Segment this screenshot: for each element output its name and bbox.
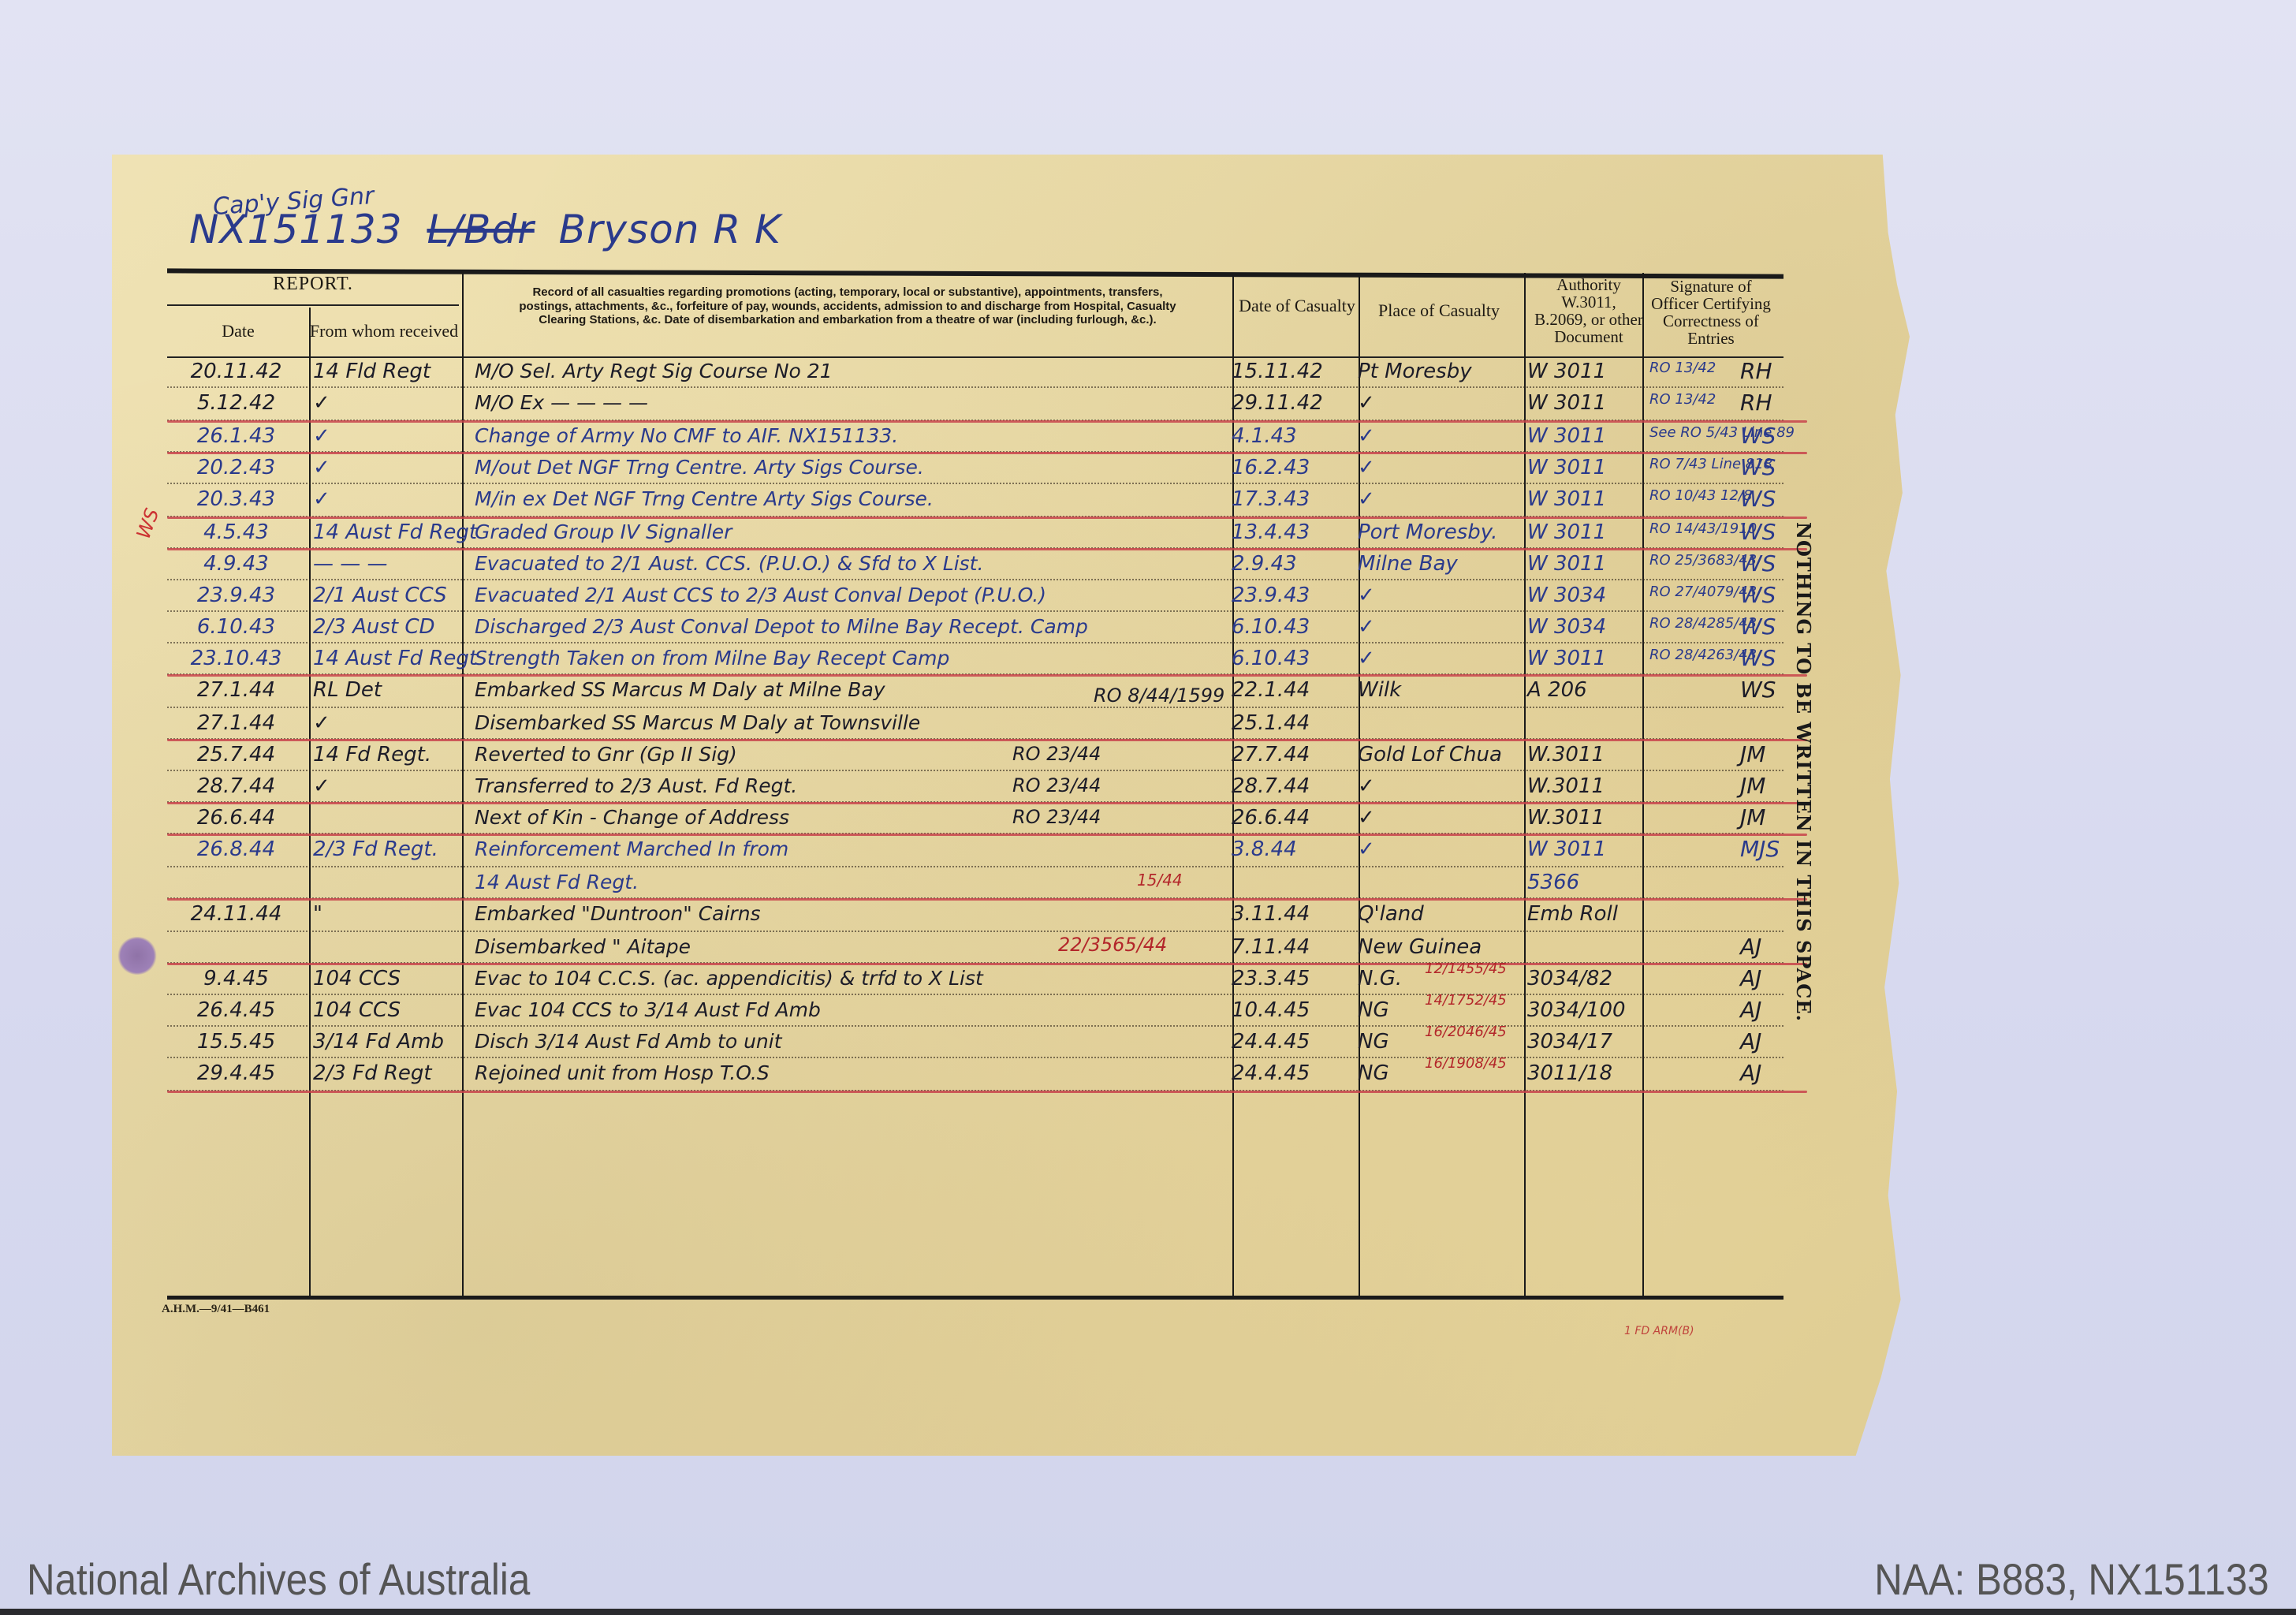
entry-authority: W 3011 xyxy=(1527,423,1669,449)
header-record: Record of all casualties regarding promo… xyxy=(512,285,1183,327)
entry-date-of-casualty: 29.11.42 xyxy=(1232,390,1366,416)
entry-place: ✓ xyxy=(1358,582,1500,609)
entry-initials: MJS xyxy=(1740,836,1787,863)
entry-record: 14 Aust Fd Regt. xyxy=(475,869,1381,896)
entry-date: 6.10.43 xyxy=(167,614,305,640)
form-code: A.H.M.—9/41—B461 xyxy=(162,1303,270,1316)
table-row: 4.9.43— — —Evacuated to 2/1 Aust. CCS. (… xyxy=(167,549,1783,580)
entry-date-of-casualty: 15.11.42 xyxy=(1232,358,1366,385)
entry-place: ✓ xyxy=(1358,773,1500,800)
entry-date-of-casualty: 2.9.43 xyxy=(1232,550,1366,577)
entry-authority: W 3011 xyxy=(1527,454,1669,481)
entry-date: 27.1.44 xyxy=(167,677,305,703)
entry-place: New Guinea xyxy=(1358,934,1500,960)
entry-authority: W.3011 xyxy=(1527,804,1669,831)
table-row: 23.10.4314 Aust Fd RegtStrength Taken on… xyxy=(167,643,1783,675)
entry-from-whom: 14 Aust Fd Regt xyxy=(313,519,463,546)
entry-date: 5.12.42 xyxy=(167,390,305,416)
entry-date: 4.9.43 xyxy=(167,550,305,577)
entry-from-whom: ✓ xyxy=(313,423,463,449)
entry-date-of-casualty: 10.4.45 xyxy=(1232,997,1366,1024)
entry-from-whom: 14 Fd Regt. xyxy=(313,741,463,768)
entry-authority: Emb Roll xyxy=(1527,901,1669,927)
entry-authority: W 3011 xyxy=(1527,645,1669,672)
entry-initials: JM xyxy=(1740,773,1787,800)
entry-authority: A 206 xyxy=(1527,677,1669,703)
table-row: 20.2.43✓M/out Det NGF Trng Centre. Arty … xyxy=(167,453,1783,484)
entry-reference: 16/1908/45 xyxy=(1425,1055,1507,1072)
entry-date: 23.10.43 xyxy=(167,645,305,672)
entry-date: 28.7.44 xyxy=(167,773,305,800)
entry-authority: W 3011 xyxy=(1527,390,1669,416)
entry-reference: RO 23/44 xyxy=(1012,806,1101,828)
entry-reference: 12/1455/45 xyxy=(1425,960,1507,977)
entry-from-whom: ✓ xyxy=(313,710,463,737)
entry-from-whom: ✓ xyxy=(313,773,463,800)
header-signature: Signature of Officer Certifying Correctn… xyxy=(1648,278,1774,347)
table-row: 29.4.452/3 Fd RegtRejoined unit from Hos… xyxy=(167,1058,1783,1091)
entry-place: Wilk xyxy=(1358,677,1500,703)
entry-reference: 14/1752/45 xyxy=(1425,992,1507,1009)
table-row: 27.1.44RL DetEmbarked SS Marcus M Daly a… xyxy=(167,675,1783,708)
entry-date: 26.4.45 xyxy=(167,997,305,1024)
entry-date-of-casualty: 16.2.43 xyxy=(1232,454,1366,481)
header-report: REPORT. xyxy=(167,267,459,294)
entry-initials: AJ xyxy=(1740,1060,1787,1087)
entry-date-of-casualty: 6.10.43 xyxy=(1232,645,1366,672)
entry-from-whom: 2/3 Fd Regt xyxy=(313,1060,463,1087)
table-row: 9.4.45104 CCSEvac to 104 C.C.S. (ac. app… xyxy=(167,964,1783,995)
entry-date-of-casualty: 23.3.45 xyxy=(1232,965,1366,992)
entry-initials: AJ xyxy=(1740,997,1787,1024)
entry-authority: W 3011 xyxy=(1527,836,1669,863)
entry-initials: JM xyxy=(1740,804,1787,831)
table-row: 5.12.42✓M/O Ex — — — —29.11.42✓W 3011RHR… xyxy=(167,388,1783,421)
entry-date: 25.7.44 xyxy=(167,741,305,768)
scanner-edge xyxy=(0,1609,2296,1615)
entries-table: 20.11.4214 Fld RegtM/O Sel. Arty Regt Si… xyxy=(167,356,1783,1091)
header-authority: Authority W.3011, B.2069, or other Docum… xyxy=(1534,276,1644,345)
entry-place: ✓ xyxy=(1358,390,1500,416)
entry-from-whom: 3/14 Fd Amb xyxy=(313,1028,463,1055)
stray-red-annotation: 1 FD ARM(B) xyxy=(1624,1325,1694,1337)
entry-from-whom: — — — xyxy=(313,550,463,577)
entry-authority: W 3011 xyxy=(1527,550,1669,577)
table-row: Disembarked " Aitape7.11.44New GuineaAJ2… xyxy=(167,932,1783,964)
entry-place: ✓ xyxy=(1358,486,1500,513)
entry-place: ✓ xyxy=(1358,423,1500,449)
entry-from-whom: ✓ xyxy=(313,454,463,481)
table-row: 15.5.453/14 Fd AmbDisch 3/14 Aust Fd Amb… xyxy=(167,1027,1783,1058)
header-place-of-casualty: Place of Casualty xyxy=(1360,301,1518,319)
entry-reference: RO 25/3683/43 xyxy=(1649,552,1757,569)
entry-authority: 3034/82 xyxy=(1527,965,1669,992)
entry-date-of-casualty: 23.9.43 xyxy=(1232,582,1366,609)
entry-from-whom: RL Det xyxy=(313,677,463,703)
entry-reference: 22/3565/44 xyxy=(1058,934,1167,956)
entry-from-whom: 2/3 Fd Regt. xyxy=(313,836,463,863)
table-row: 26.6.44Next of Kin - Change of Address26… xyxy=(167,803,1783,834)
entry-from-whom: " xyxy=(313,901,463,927)
table-row: 20.11.4214 Fld RegtM/O Sel. Arty Regt Si… xyxy=(167,356,1783,388)
entry-date-of-casualty: 6.10.43 xyxy=(1232,614,1366,640)
entry-initials: WS xyxy=(1740,677,1787,703)
entry-authority: W.3011 xyxy=(1527,741,1669,768)
entry-date-of-casualty: 17.3.43 xyxy=(1232,486,1366,513)
entry-date: 27.1.44 xyxy=(167,710,305,737)
entry-reference: See RO 5/43 Line 89 xyxy=(1649,424,1795,441)
entry-reference: RO 23/44 xyxy=(1012,743,1101,765)
entry-place: ✓ xyxy=(1358,454,1500,481)
entry-date-of-casualty: 24.4.45 xyxy=(1232,1060,1366,1087)
entry-place: Milne Bay xyxy=(1358,550,1500,577)
table-row: 20.3.43✓M/in ex Det NGF Trng Centre Arty… xyxy=(167,484,1783,517)
entry-place: ✓ xyxy=(1358,614,1500,640)
entry-place: ✓ xyxy=(1358,836,1500,863)
entry-date-of-casualty: 28.7.44 xyxy=(1232,773,1366,800)
entry-date-of-casualty: 22.1.44 xyxy=(1232,677,1366,703)
entry-date: 20.2.43 xyxy=(167,454,305,481)
table-row: 26.4.45104 CCSEvac 104 CCS to 3/14 Aust … xyxy=(167,995,1783,1027)
table-row: 24.11.44"Embarked "Duntroon" Cairns3.11.… xyxy=(167,899,1783,932)
entry-authority: W 3034 xyxy=(1527,582,1669,609)
entry-date-of-casualty: 13.4.43 xyxy=(1232,519,1366,546)
entry-reference: RO 13/42 xyxy=(1649,360,1716,376)
entry-initials: AJ xyxy=(1740,1028,1787,1055)
entry-reference: RO 23/44 xyxy=(1012,774,1101,796)
soldier-name: Bryson R K xyxy=(559,207,781,252)
entry-authority: 5366 xyxy=(1527,869,1669,896)
table-row: 25.7.4414 Fd Regt.Reverted to Gnr (Gp II… xyxy=(167,740,1783,771)
entry-place: Port Moresby. xyxy=(1358,519,1500,546)
table-row: 4.5.4314 Aust Fd RegtGraded Group IV Sig… xyxy=(167,517,1783,549)
table-row: 26.1.43✓Change of Army No CMF to AIF. NX… xyxy=(167,421,1783,453)
entry-from-whom: ✓ xyxy=(313,390,463,416)
entry-date: 26.8.44 xyxy=(167,836,305,863)
entry-reference: RO 27/4079/43 xyxy=(1649,584,1757,600)
entry-date: 23.9.43 xyxy=(167,582,305,609)
entry-date-of-casualty: 4.1.43 xyxy=(1232,423,1366,449)
table-row: 26.8.442/3 Fd Regt.Reinforcement Marched… xyxy=(167,834,1783,867)
entry-place: Q'land xyxy=(1358,901,1500,927)
entry-from-whom: 2/3 Aust CD xyxy=(313,614,463,640)
entry-authority: 3034/100 xyxy=(1527,997,1669,1024)
service-number: NX151133 xyxy=(189,207,403,252)
struck-rank: L/Bdr xyxy=(427,207,534,252)
entry-date: 26.1.43 xyxy=(167,423,305,449)
entry-date-of-casualty: 26.6.44 xyxy=(1232,804,1366,831)
entry-date: 29.4.45 xyxy=(167,1060,305,1087)
entry-from-whom: ✓ xyxy=(313,486,463,513)
entry-authority: W 3034 xyxy=(1527,614,1669,640)
entry-from-whom: 2/1 Aust CCS xyxy=(313,582,463,609)
table-row: 14 Aust Fd Regt.536615/44 xyxy=(167,867,1783,899)
entry-place: ✓ xyxy=(1358,804,1500,831)
table-row: 23.9.432/1 Aust CCSEvacuated 2/1 Aust CC… xyxy=(167,580,1783,612)
header-date: Date xyxy=(167,308,309,355)
entry-date: 24.11.44 xyxy=(167,901,305,927)
entry-reference: 16/2046/45 xyxy=(1425,1024,1507,1040)
entry-date: 9.4.45 xyxy=(167,965,305,992)
entry-from-whom: 14 Fld Regt xyxy=(313,358,463,385)
entry-from-whom: 104 CCS xyxy=(313,997,463,1024)
entry-initials: AJ xyxy=(1740,934,1787,960)
entry-from-whom: 104 CCS xyxy=(313,965,463,992)
header-date-of-casualty: Date of Casualty xyxy=(1218,297,1376,315)
entry-date-of-casualty: 7.11.44 xyxy=(1232,934,1366,960)
entry-authority: W 3011 xyxy=(1527,358,1669,385)
entry-authority: 3011/18 xyxy=(1527,1060,1669,1087)
report-divider xyxy=(167,304,459,306)
entry-date: 20.3.43 xyxy=(167,486,305,513)
entry-initials: RH xyxy=(1740,358,1787,385)
entry-date-of-casualty: 27.7.44 xyxy=(1232,741,1366,768)
header-from-whom: From whom received xyxy=(309,308,459,355)
entry-reference: RO 28/4263/43 xyxy=(1649,647,1757,663)
archive-reference: NAA: B883, NX151133 xyxy=(1875,1553,2269,1605)
entry-date-of-casualty: 3.11.44 xyxy=(1232,901,1366,927)
purple-ink-stamp xyxy=(117,937,158,975)
entry-reference: RO 8/44/1599 xyxy=(1094,684,1224,707)
entry-date: 4.5.43 xyxy=(167,519,305,546)
side-notice: NOTHING TO BE WRITTEN IN THIS SPACE. xyxy=(1783,522,1815,1042)
entry-reference: RO 14/43/1910 xyxy=(1649,520,1757,537)
entry-from-whom: 14 Aust Fd Regt xyxy=(313,645,463,672)
entry-date: 20.11.42 xyxy=(167,358,305,385)
archive-name: National Archives of Australia xyxy=(27,1553,530,1605)
entry-reference: 15/44 xyxy=(1137,871,1183,890)
entry-authority: W 3011 xyxy=(1527,486,1669,513)
entry-date: 26.6.44 xyxy=(167,804,305,831)
entry-date-of-casualty: 3.8.44 xyxy=(1232,836,1366,863)
entry-date: 15.5.45 xyxy=(167,1028,305,1055)
entry-reference: RO 7/43 Line 818 xyxy=(1649,456,1772,472)
entry-authority: W.3011 xyxy=(1527,773,1669,800)
entry-authority: 3034/17 xyxy=(1527,1028,1669,1055)
entry-place: ✓ xyxy=(1358,645,1500,672)
entry-place: Pt Moresby xyxy=(1358,358,1500,385)
entry-reference: RO 28/4285/43 xyxy=(1649,615,1757,632)
table-bottom-rule xyxy=(167,1296,1783,1300)
entry-reference: RO 13/42 xyxy=(1649,391,1716,408)
soldier-identification: NX151133 L/Bdr Bryson R K xyxy=(189,207,781,252)
entry-authority: W 3011 xyxy=(1527,519,1669,546)
entry-date-of-casualty: 25.1.44 xyxy=(1232,710,1366,737)
table-row: 6.10.432/3 Aust CDDischarged 2/3 Aust Co… xyxy=(167,612,1783,643)
entry-reference: RO 10/43 12/8 xyxy=(1649,487,1752,504)
table-row: 27.1.44✓Disembarked SS Marcus M Daly at … xyxy=(167,708,1783,740)
entry-initials: JM xyxy=(1740,741,1787,768)
entry-initials: AJ xyxy=(1740,965,1787,992)
entry-place: Gold Lof Chua xyxy=(1358,741,1500,768)
table-row: 28.7.44✓Transferred to 2/3 Aust. Fd Regt… xyxy=(167,771,1783,803)
entry-initials: RH xyxy=(1740,390,1787,416)
entry-date-of-casualty: 24.4.45 xyxy=(1232,1028,1366,1055)
